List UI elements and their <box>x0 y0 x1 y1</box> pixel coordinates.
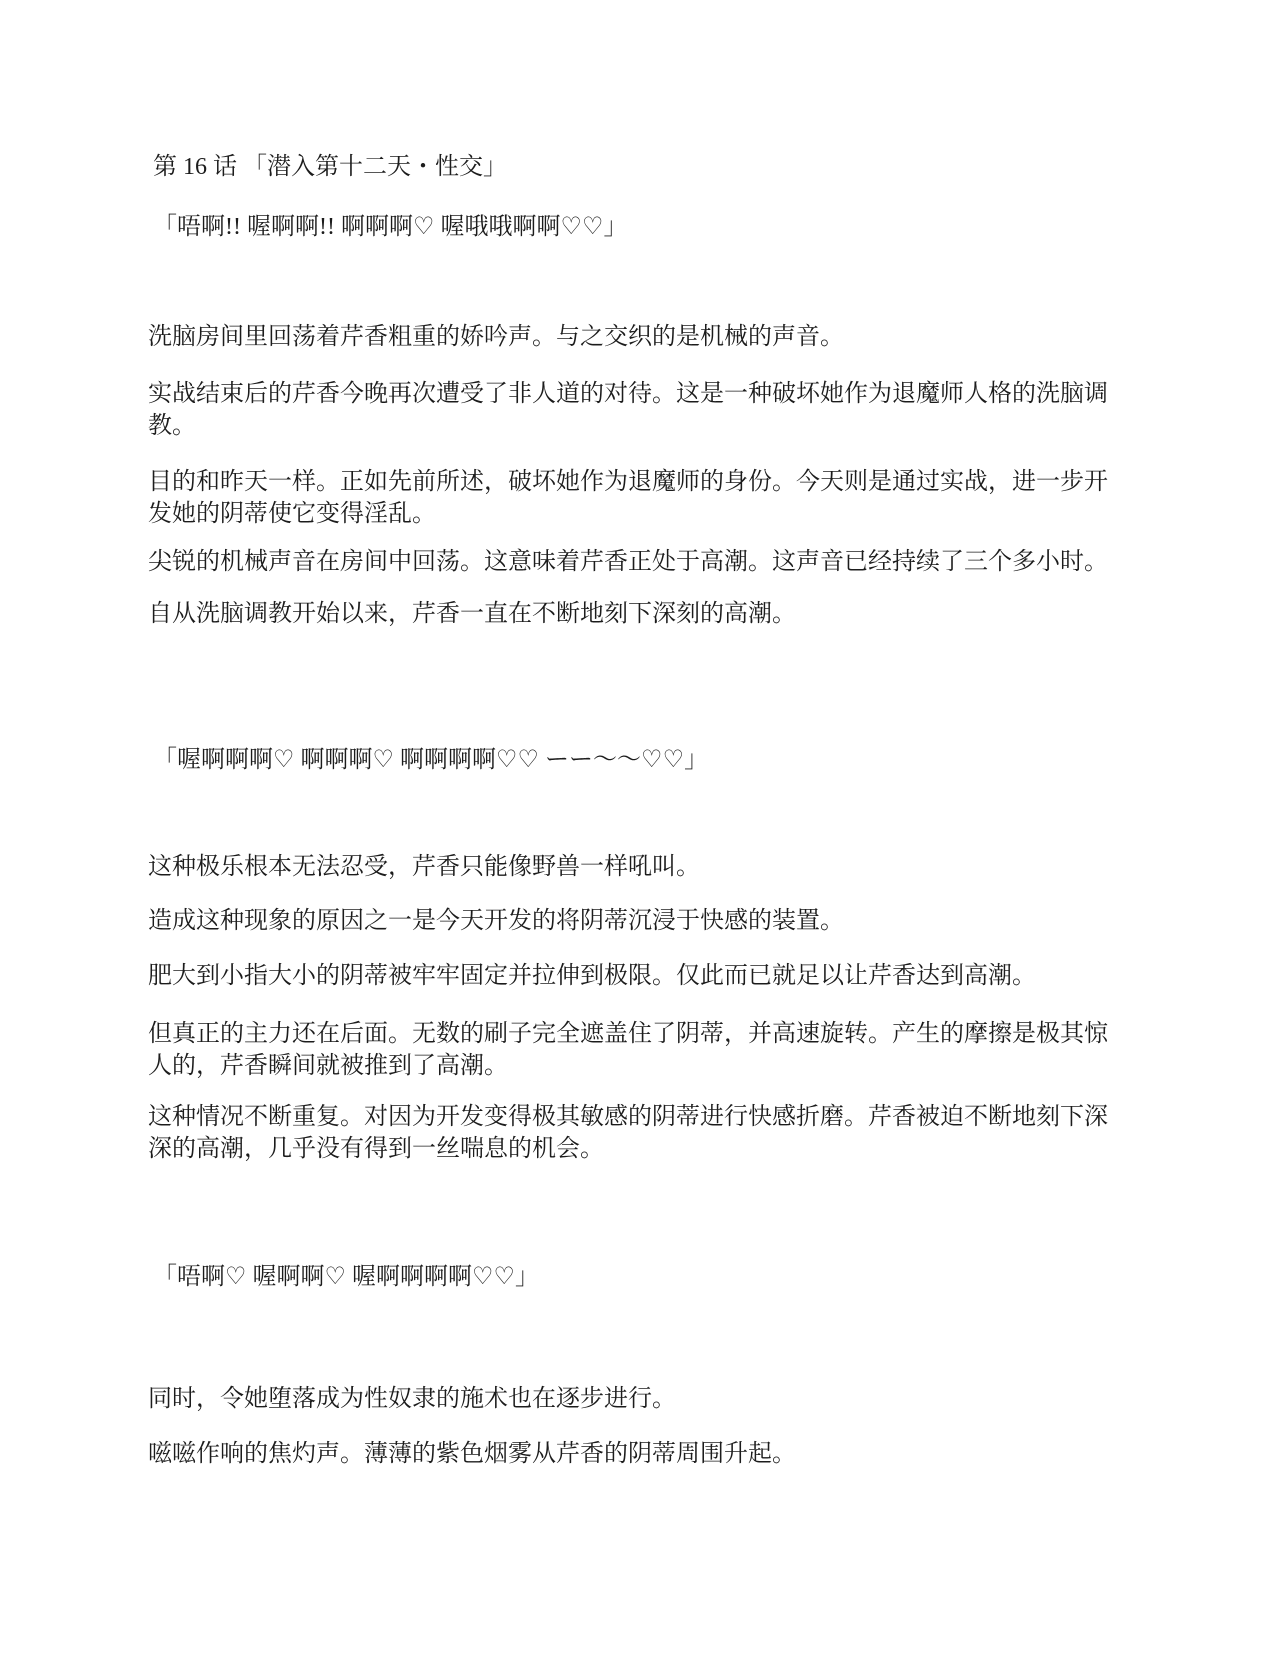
paragraph: 自从洗脑调教开始以来，芹香一直在不断地刻下深刻的高潮。 <box>148 598 1112 630</box>
paragraph: 同时，令她堕落成为性奴隶的施术也在逐步进行。 <box>148 1383 1112 1415</box>
paragraph: 目的和昨天一样。正如先前所述，破坏她作为退魔师的身份。今天则是通过实战，进一步开… <box>148 466 1112 530</box>
paragraph: 这种极乐根本无法忍受，芹香只能像野兽一样吼叫。 <box>148 851 1112 883</box>
document-page: 第 16 话 「潜入第十二天・性交」 「唔啊!! 喔啊啊!! 啊啊啊♡ 喔哦哦啊… <box>0 0 1280 1656</box>
dialogue-line: 「喔啊啊啊♡ 啊啊啊♡ 啊啊啊啊♡♡ ーー～～♡♡」 <box>148 744 1112 776</box>
paragraph: 这种情况不断重复。对因为开发变得极其敏感的阴蒂进行快感折磨。芹香被迫不断地刻下深… <box>148 1101 1112 1165</box>
paragraph: 尖锐的机械声音在房间中回荡。这意味着芹香正处于高潮。这声音已经持续了三个多小时。 <box>148 546 1112 578</box>
paragraph: 洗脑房间里回荡着芹香粗重的娇吟声。与之交织的是机械的声音。 <box>148 321 1112 353</box>
paragraph: 但真正的主力还在后面。无数的刷子完全遮盖住了阴蒂，并高速旋转。产生的摩擦是极其惊… <box>148 1018 1112 1082</box>
chapter-title: 第 16 话 「潜入第十二天・性交」 <box>148 151 1112 183</box>
paragraph: 造成这种现象的原因之一是今天开发的将阴蒂沉浸于快感的装置。 <box>148 905 1112 937</box>
paragraph: 嗞嗞作响的焦灼声。薄薄的紫色烟雾从芹香的阴蒂周围升起。 <box>148 1438 1112 1470</box>
document-content: 第 16 话 「潜入第十二天・性交」 「唔啊!! 喔啊啊!! 啊啊啊♡ 喔哦哦啊… <box>148 0 1112 1470</box>
dialogue-line: 「唔啊♡ 喔啊啊♡ 喔啊啊啊啊♡♡」 <box>148 1261 1112 1293</box>
paragraph: 实战结束后的芹香今晚再次遭受了非人道的对待。这是一种破坏她作为退魔师人格的洗脑调… <box>148 378 1112 442</box>
dialogue-line: 「唔啊!! 喔啊啊!! 啊啊啊♡ 喔哦哦啊啊♡♡」 <box>148 211 1112 243</box>
paragraph: 肥大到小指大小的阴蒂被牢牢固定并拉伸到极限。仅此而已就足以让芹香达到高潮。 <box>148 960 1112 992</box>
